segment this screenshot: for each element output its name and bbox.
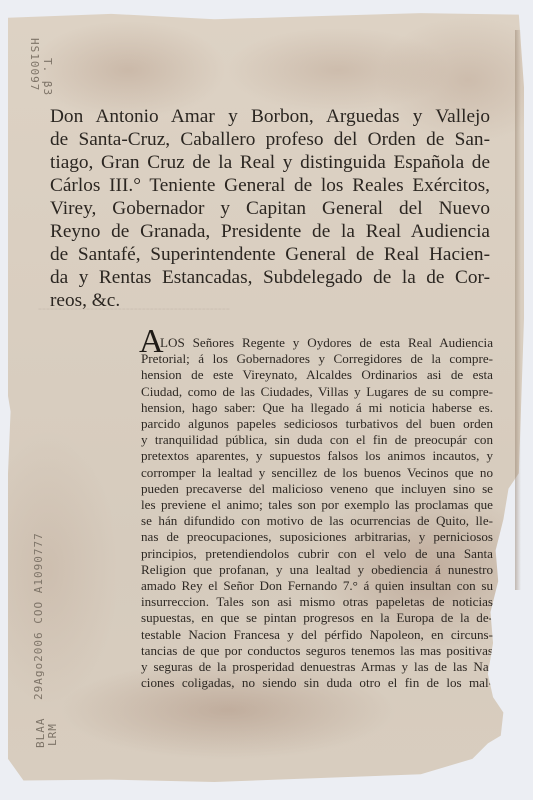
body-line: hension de este Vireynato, Alcaldes Ordi… [141, 367, 493, 383]
body-line: tancias de que por conductos seguros ten… [141, 643, 493, 659]
header-line: Reyno de Granada, Presidente de la Real … [50, 220, 490, 243]
body-line: amado Rey el Señor Don Fernando 7.° á qu… [141, 578, 493, 594]
header-line: Cárlos III.° Teniente General de los Rea… [50, 174, 490, 197]
header-line: Virey, Gobernador y Capitan General del … [50, 197, 490, 220]
body-line: supuestas, en que se pintan progresos en… [141, 610, 493, 626]
body-line: ciones coligadas, no siendo sin duda otr… [141, 675, 493, 691]
body-line: LOS Señores Regente y Oydores de esta Re… [141, 335, 493, 351]
header-line: da y Rentas Estancadas, Subdelegado de l… [50, 266, 490, 289]
body-line: parcido algunos papeles sediciosos turba… [141, 416, 493, 432]
header-line: de Santafé, Superintendente General de R… [50, 243, 490, 266]
header-line: tiago, Gran Cruz de la Real y distinguid… [50, 151, 490, 174]
body-line: nas de preocupaciones, suposiciones arbi… [141, 529, 493, 545]
page-edge-shadow [515, 30, 521, 590]
proclamation-header: Don Antonio Amar y Borbon, Arguedas y Va… [50, 105, 490, 312]
document-page: ----------------------------------------… [8, 10, 524, 782]
body-line: pretextos aparentes, y supuestos falsos … [141, 448, 493, 464]
catalog-annotation: HS10097 [28, 38, 41, 91]
body-line: Religion que profanan, y una lealtad y o… [141, 562, 493, 578]
header-line: reos, &c. [50, 289, 490, 312]
body-line: insurreccion. Tales son asi mismo otras … [141, 594, 493, 610]
header-line: Don Antonio Amar y Borbon, Arguedas y Va… [50, 105, 490, 128]
body-line: y tranquilidad pública, sin duda con el … [141, 432, 493, 448]
volume-annotation: T. β3 [41, 58, 54, 96]
body-line: les previene el animo; tales son por exe… [141, 497, 493, 513]
accession-annotation: 29Ago2006 COO A1090777 [32, 532, 45, 700]
body-line: testable Nacion Francesa y del pérfido N… [141, 627, 493, 643]
body-line: Pretorial; á los Gobernadores y Corregid… [141, 351, 493, 367]
proclamation-body: A LOS Señores Regente y Oydores de esta … [141, 335, 493, 691]
header-line: de Santa-Cruz, Caballero profeso del Ord… [50, 128, 490, 151]
body-line: principios, pretendiendolos cubrir con e… [141, 546, 493, 562]
body-line: y seguras de la prosperidad denuestras A… [141, 659, 493, 675]
body-line: se hán difundido con motivo de las ocurr… [141, 513, 493, 529]
body-line: pueden precaverse del malicioso veneno q… [141, 481, 493, 497]
body-line: Ciudad, como de las Ciudades, Villas y L… [141, 384, 493, 400]
body-line: corromper la lealtad y sencillez de los … [141, 465, 493, 481]
library-annotation-2: LRM [46, 723, 59, 746]
body-line: hension, hago saber: Que ha llegado á mi… [141, 400, 493, 416]
